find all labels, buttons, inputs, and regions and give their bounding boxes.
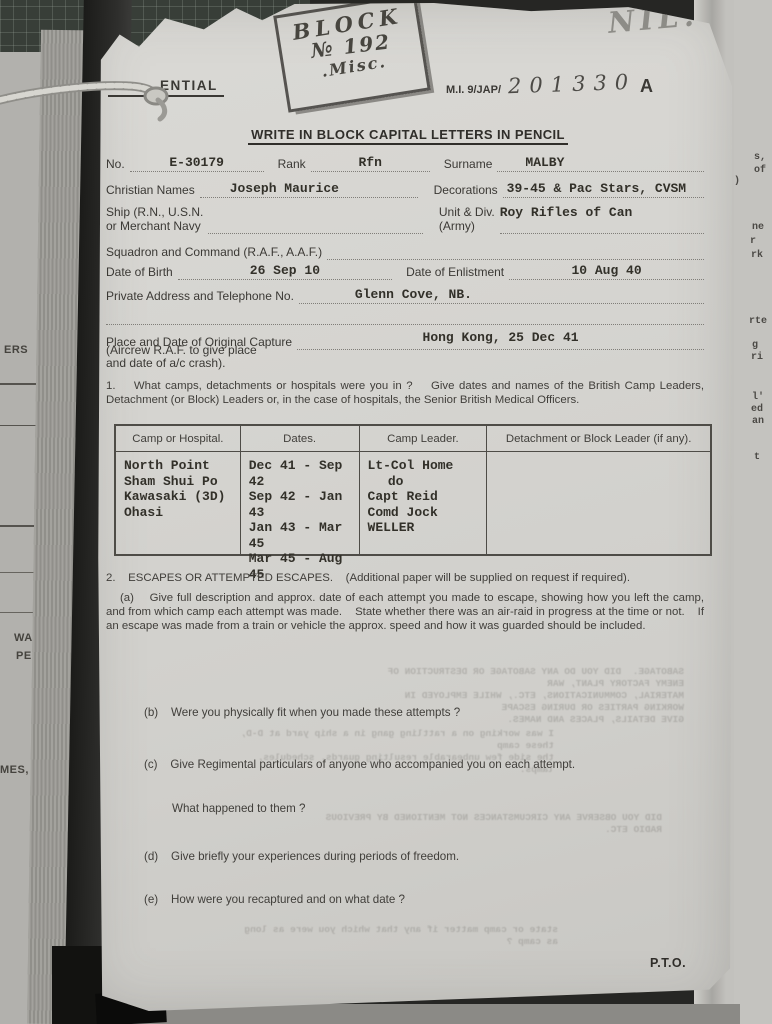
dates-column: Dec 41 - Sep 42Sep 42 - Jan 43 Jan 43 - …	[241, 452, 360, 554]
question-1: 1. What camps, detachments or hospitals …	[106, 380, 704, 408]
squadron-value	[327, 247, 704, 260]
col-header-leader: Camp Leader.	[360, 426, 488, 452]
ship-label: Ship (R.N., U.S.N.or Merchant Navy	[106, 206, 208, 234]
right-margin-fragment: g	[752, 340, 758, 351]
mi9-reference-label: M.I. 9/JAP/	[446, 84, 501, 96]
capture-label-line2: (Aircrew R.A.F. to give placeand date of…	[106, 344, 257, 370]
right-margin-fragment: s,	[754, 152, 766, 163]
col-header-dates: Dates.	[241, 426, 360, 452]
unit-label: Unit & Div.(Army)	[423, 206, 500, 234]
left-margin-fragment: MES,	[0, 764, 29, 776]
address-label: Private Address and Telephone No.	[106, 290, 299, 304]
row-address: Private Address and Telephone No. Glenn …	[106, 288, 704, 304]
question-2a: (a) Give full description and approx. da…	[106, 592, 704, 634]
decorations-label: Decorations	[418, 184, 503, 198]
right-margin-fragment: r	[750, 236, 756, 247]
dob-value: 26 Sep 10	[178, 264, 392, 280]
bleed-through-text: I was working on a rattling gang in a sh…	[234, 728, 554, 776]
col-header-block-leader: Detachment or Block Leader (if any).	[487, 426, 710, 452]
right-margin-fragment: )	[734, 176, 740, 187]
serial-number-pencil: 201330	[508, 70, 637, 98]
pto-marker: P.T.O.	[650, 956, 686, 970]
right-margin-fragment: t	[754, 452, 760, 463]
scanned-document-photo: ERS WAR PE ? MES, s, of ) ne r rk rte g …	[0, 0, 772, 1024]
blank-line	[106, 312, 704, 325]
camp-column: North PointSham Shui Po Kawasaki (3D)Oha…	[116, 452, 241, 554]
ship-value	[208, 221, 423, 234]
question-2d: (d) Give briefly your experiences during…	[144, 850, 459, 863]
questionnaire-page: ENTIAL BLOCK № 192 .Misc. NIL. M.I. 9/JA…	[84, 0, 732, 1014]
bleed-through-text: SABOTAGE. DID YOU DO ANY SABOTAGE OR DES…	[376, 666, 684, 726]
block-leader-column	[487, 452, 710, 554]
leader-column: Lt-Col Homedo Capt ReidComd Jock WELLER	[360, 452, 488, 554]
address-value: Glenn Cove, NB.	[299, 288, 704, 304]
right-margin-fragment: ri	[751, 352, 763, 363]
rank-label: Rank	[264, 158, 311, 172]
row-dob-enlistment: Date of Birth 26 Sep 10 Date of Enlistme…	[106, 264, 704, 280]
dob-label: Date of Birth	[106, 266, 178, 280]
decorations-value: 39-45 & Pac Stars, CVSM	[503, 182, 704, 198]
question-2-title: 2. ESCAPES OR ATTEMPTED ESCAPES. (Additi…	[106, 572, 704, 586]
unit-value: Roy Rifles of Can	[500, 217, 704, 234]
enlistment-value: 10 Aug 40	[509, 264, 704, 280]
right-margin-fragment: an	[752, 416, 764, 427]
right-margin-fragment: rk	[751, 250, 763, 261]
right-margin-fragment: of	[754, 165, 766, 176]
christian-names-label: Christian Names	[106, 184, 200, 198]
row-ship-unit: Ship (R.N., U.S.N.or Merchant Navy Unit …	[106, 206, 704, 234]
surname-value: MALBY	[497, 156, 704, 172]
squadron-label: Squadron and Command (R.A.F., A.A.F.)	[106, 246, 327, 260]
row-address-continuation	[106, 312, 704, 325]
string-tie	[0, 62, 190, 132]
camps-table: Camp or Hospital. Dates. Camp Leader. De…	[114, 424, 712, 556]
serial-suffix: A	[640, 76, 653, 97]
capture-value: Hong Kong, 25 Dec 41	[297, 334, 704, 350]
row-christian-decorations: Christian Names Joseph Maurice Decoratio…	[106, 182, 704, 198]
surname-label: Surname	[430, 158, 498, 172]
right-margin-fragment: rte	[749, 316, 767, 327]
col-header-camp: Camp or Hospital.	[116, 426, 241, 452]
nil-annotation: NIL.	[607, 0, 700, 40]
left-margin-fragment: ERS	[4, 344, 28, 356]
question-2e: (e) How were you recaptured and on what …	[144, 893, 405, 906]
enlistment-label: Date of Enlistment	[392, 266, 509, 280]
christian-names-value: Joseph Maurice	[200, 182, 418, 198]
rank-value: Rfn	[311, 156, 430, 172]
no-label: No.	[106, 158, 130, 172]
form-instruction-text: WRITE IN BLOCK CAPITAL LETTERS IN PENCIL	[248, 127, 568, 145]
bleed-through-text: state or camp matter if any that which y…	[234, 924, 558, 948]
right-margin-fragment: l'	[752, 392, 764, 403]
right-margin-fragment: ne	[752, 222, 764, 233]
row-squadron: Squadron and Command (R.A.F., A.A.F.)	[106, 246, 704, 260]
right-margin-fragment: ed	[751, 404, 763, 415]
block-number-stamp: BLOCK № 192 .Misc.	[273, 0, 431, 113]
question-2c-followup: What happened to them ?	[172, 802, 305, 815]
bleed-through-text: DID YOU OBSERVE ANY CIRCUMSTANCES NOT ME…	[294, 812, 662, 836]
row-no-rank-surname: No. E-30179 Rank Rfn Surname MALBY	[106, 156, 704, 172]
no-value: E-30179	[130, 156, 264, 172]
